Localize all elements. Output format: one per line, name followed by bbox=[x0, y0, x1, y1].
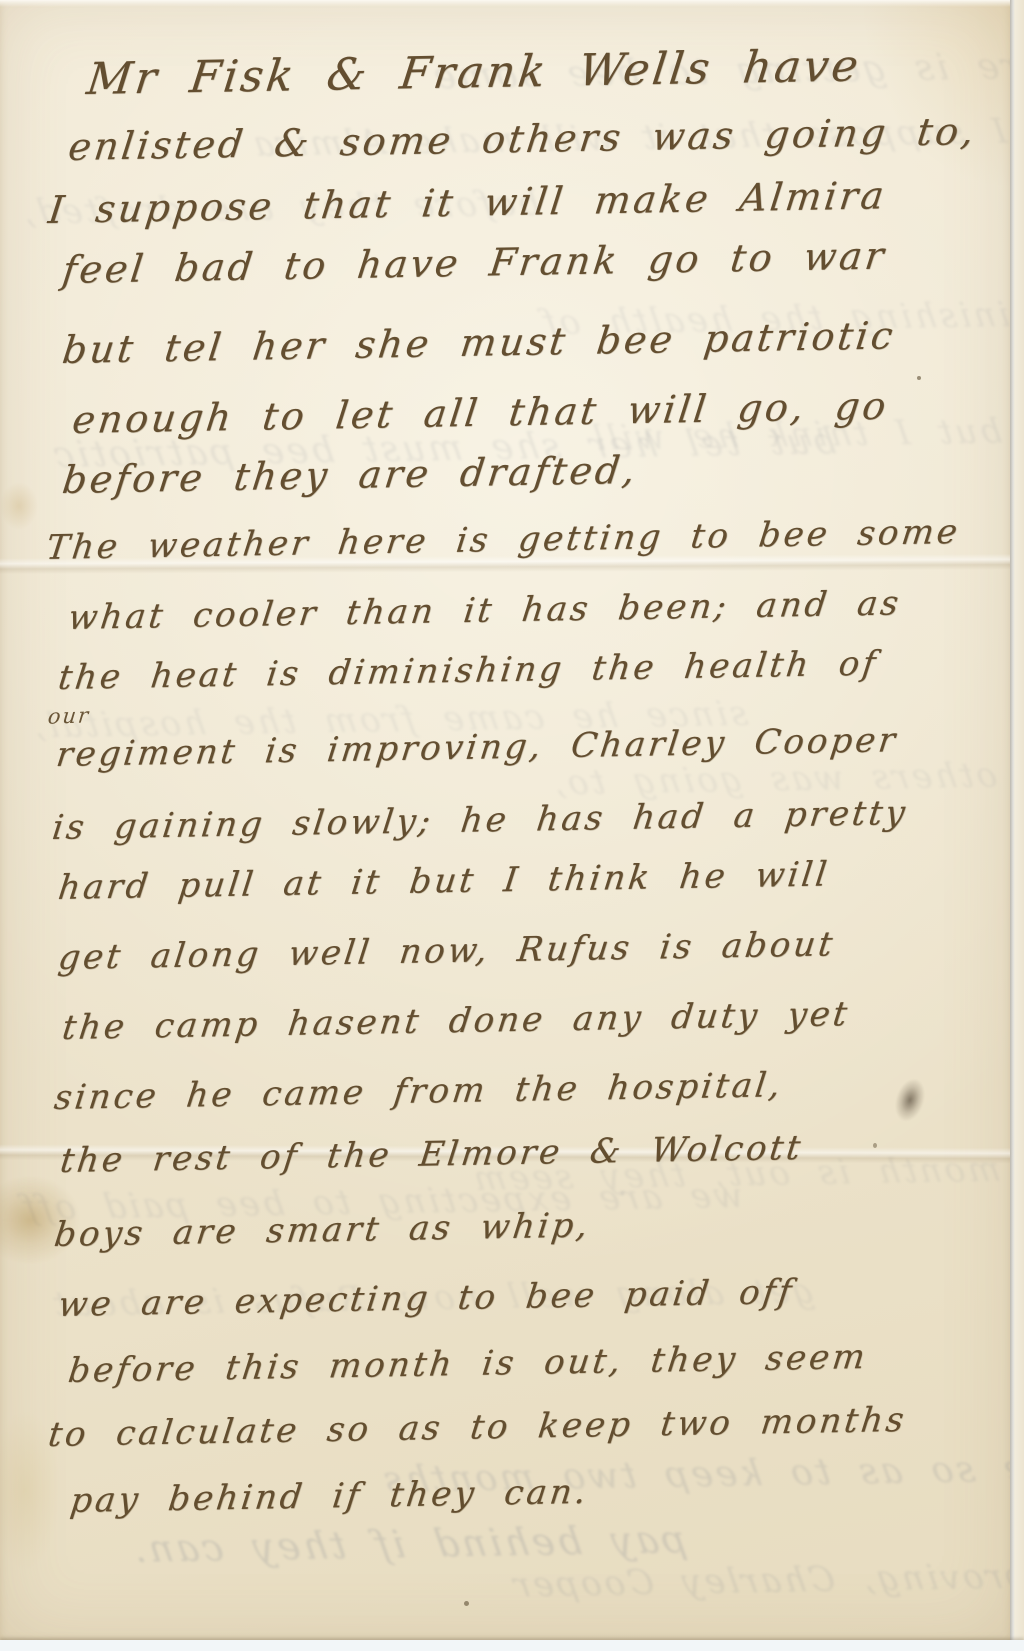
handwritten-line: before they are drafted, bbox=[60, 448, 640, 502]
handwritten-line: feel bad to have Frank go to war bbox=[60, 234, 889, 292]
handwritten-line: enough to let all that will go, go bbox=[70, 384, 891, 442]
handwritten-line: we are expecting to bee paid off bbox=[56, 1272, 796, 1325]
handwritten-line: get along well now, Rufus is about bbox=[56, 924, 838, 978]
handwritten-line: since he came from the hospital, bbox=[52, 1065, 785, 1118]
handwritten-line: regiment is improving, Charley Cooper bbox=[54, 720, 900, 775]
paper-speck bbox=[464, 1601, 469, 1606]
scanned-letter: The weather here is getting to bee someI… bbox=[0, 0, 1024, 1651]
inserted-word: our bbox=[47, 703, 92, 729]
handwritten-line: I suppose that it will make Almira bbox=[46, 173, 889, 232]
handwritten-line: the heat is diminishing the health of bbox=[56, 644, 880, 698]
handwritten-line: pay behind if they can. bbox=[68, 1472, 591, 1521]
handwritten-line: the camp hasent done any duty yet bbox=[60, 994, 852, 1048]
handwritten-line: what cooler than it has been; and as bbox=[66, 583, 904, 638]
handwritten-line: enlisted & some others was going to, bbox=[66, 109, 979, 169]
handwritten-line: the rest of the Elmore & Wolcott bbox=[58, 1128, 805, 1181]
letter-page: The weather here is getting to bee someI… bbox=[0, 0, 1010, 1640]
handwritten-line: boys are smart as whip, bbox=[52, 1206, 593, 1255]
stain-left-small bbox=[0, 482, 38, 530]
ghost-writing-line: pay behind if they can. bbox=[127, 1517, 689, 1571]
handwritten-line: hard pull at it but I think he will bbox=[56, 854, 832, 908]
page-edge-right bbox=[1010, 0, 1024, 1640]
handwritten-line: Mr Fisk & Frank Wells have bbox=[84, 40, 864, 105]
ink-smudge bbox=[890, 1075, 930, 1125]
handwritten-line: but tel her she must bee patriotic bbox=[60, 313, 898, 372]
page-edge-top bbox=[0, 0, 1010, 7]
paper-speck bbox=[917, 376, 921, 380]
paper-speck bbox=[873, 1143, 877, 1148]
scan-background-strip bbox=[0, 1640, 1024, 1651]
handwritten-line: before this month is out, they seem bbox=[66, 1337, 870, 1391]
handwritten-line: is gaining slowly; he has had a pretty bbox=[50, 793, 910, 848]
stain-top-right bbox=[860, 0, 1010, 190]
ghost-writing-line: regiment is improving, Charley Cooper bbox=[508, 1551, 1010, 1606]
handwritten-line: to calculate so as to keep two months bbox=[46, 1400, 909, 1455]
